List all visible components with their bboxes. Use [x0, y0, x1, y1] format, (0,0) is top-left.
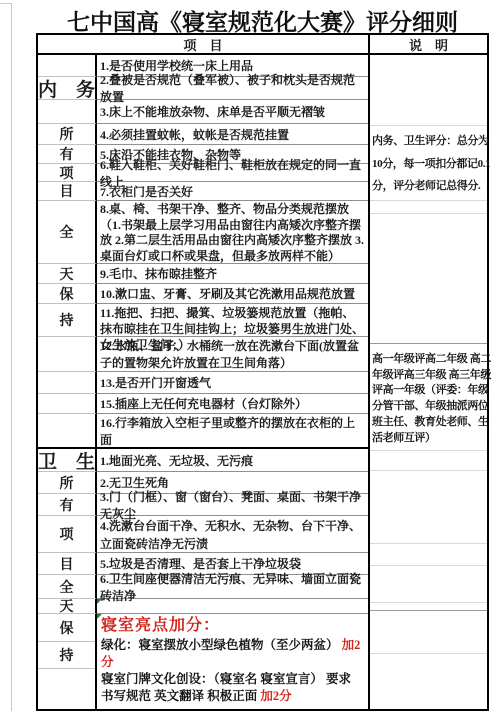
- bonus-item-score: 加2分: [260, 689, 291, 703]
- table-row: 持 11.拖把、扫把、撮箕、垃圾篓规范放置（拖帕、抹布晾挂在卫生间挂钩上；垃圾篓…: [38, 304, 368, 337]
- side-label: 天: [38, 599, 97, 614]
- rule-text: 3.门（门框）、窗（窗台）、凳面、桌面、书架干净无灰尘: [97, 494, 368, 516]
- note-line: 10分，每一项扣分都记0.1: [372, 153, 487, 176]
- side-label-weisheng: 卫 生: [38, 449, 97, 472]
- rule-text: 4.必须挂置蚊帐，蚊帐是否规范挂置: [97, 124, 368, 145]
- note-gridline: [370, 653, 487, 654]
- note-gridline: [370, 602, 487, 603]
- note-gridline: [370, 543, 487, 544]
- header-item-column: 项 目: [38, 35, 370, 53]
- section-neiwu: 1.是否使用学校统一床上用品 内 务 2.叠被是否规范（叠军被）、被子和枕头是否…: [38, 55, 368, 449]
- side-label-column: 保 持: [38, 614, 97, 709]
- note-gridline: [370, 610, 487, 611]
- rule-text: 13.是否开门开窗透气: [97, 372, 368, 394]
- side-label: 有: [38, 145, 97, 164]
- note-line: 年级评高三年级 高三年级: [372, 368, 487, 384]
- side-label: 天: [38, 264, 97, 284]
- note-gridline: [370, 343, 487, 344]
- side-label: 所: [38, 472, 97, 494]
- side-label: 持: [38, 304, 97, 337]
- table-row: 天: [38, 599, 368, 614]
- side-label: 有: [38, 494, 97, 516]
- rule-text: 1.地面光亮、无垃圾、无污痕: [97, 449, 368, 472]
- table-body: 1.是否使用学校统一床上用品 内 务 2.叠被是否规范（叠军被）、被子和枕头是否…: [38, 55, 487, 709]
- rule-text: 15.插座上无任何充电器材（台灯除外）: [97, 394, 368, 414]
- section-weisheng: 卫 生 1.地面光亮、无垃圾、无污痕 所 2.无卫生死角 有 3.门（门框）、窗…: [38, 449, 368, 709]
- side-label-neiwu: 内 务: [38, 77, 97, 100]
- side-label: 持: [38, 642, 95, 669]
- table-row: 天 9.毛巾、抹布晾挂整齐: [38, 264, 368, 284]
- note-line: 分，评分老师记总得分.: [372, 175, 487, 198]
- notes-column: 内务、卫生评分：总分为 10分，每一项扣分都记0.1 分，评分老师记总得分. 高…: [370, 55, 487, 709]
- gridline-vertical: [11, 3, 12, 711]
- table-row: 卫 生 1.地面光亮、无垃圾、无污痕: [38, 449, 368, 472]
- note-gridline: [370, 450, 487, 451]
- rule-text: 6.鞋入鞋柜、关好鞋柜门、鞋柜放在规定的同一直线上: [97, 164, 368, 182]
- table-row: 3.床上不能堆放杂物、床单是否平顺无褶皱: [38, 100, 368, 124]
- bonus-item-text: 绿化：寝室摆放小型绿色植物（至少两盆）: [101, 638, 339, 652]
- bonus-title: 寝室亮点加分：: [101, 615, 366, 636]
- table-row: 项 6.鞋入鞋柜、关好鞋柜门、鞋柜放在规定的同一直线上: [38, 164, 368, 182]
- table-row: 保 10.漱口盅、牙膏、牙刷及其它洗漱用品规范放置: [38, 284, 368, 304]
- rule-text: 3.床上不能堆放杂物、床单是否平顺无褶皱: [97, 100, 368, 124]
- side-label: [38, 394, 97, 414]
- rule-text: 4.洗漱台台面干净、无积水、无杂物、台下干净、立面瓷砖洁净无污渍: [97, 516, 368, 553]
- note-line: 高一年级评高二年级 高二: [372, 352, 487, 368]
- table-header-row: 项 目 说 明: [38, 35, 487, 55]
- rule-text: 10.漱口盅、牙膏、牙刷及其它洗漱用品规范放置: [97, 284, 368, 304]
- rubric-table: 项 目 说 明 1.是否使用学校统一床上用品 内 务 2.叠被是否规范（叠军被）…: [36, 33, 489, 711]
- bonus-row: 保 持 寝室亮点加分： 绿化：寝室摆放小型绿色植物（至少两盆） 加2分 寝室门牌…: [38, 614, 368, 709]
- table-row: 12.水瓶、盆子、水桶统一放在洗漱台下面(放置盆子的置物架允许放置在卫生间角落）: [38, 337, 368, 372]
- note-line: 评高一年级（评委：年级: [372, 383, 487, 399]
- table-row: 13.是否开门开窗透气: [38, 372, 368, 394]
- table-row: 全 6.卫生间座便器清洁无污痕、无异味、墙面立面瓷砖洁净: [38, 575, 368, 599]
- rule-text: 16.行李箱放入空柜子里或整齐的摆放在衣柜的上面: [97, 414, 368, 447]
- side-label: 全: [38, 201, 97, 264]
- rule-text: 11.拖把、扫把、撮箕、垃圾篓规范放置（拖帕、抹布晾挂在卫生间挂钩上；垃圾篓男生…: [97, 304, 368, 337]
- note-gridline: [370, 125, 487, 126]
- rule-text: 7.衣柜门是否关好: [97, 182, 368, 201]
- side-label: [38, 337, 97, 372]
- note-gridline: [370, 200, 487, 201]
- note-line: 活老师互评）: [372, 431, 487, 447]
- note-gridline: [370, 470, 487, 471]
- rule-text: 9.毛巾、抹布晾挂整齐: [97, 264, 368, 284]
- note-gridline: [370, 565, 487, 566]
- note-line: 内务、卫生评分：总分为: [372, 130, 487, 153]
- bonus-item-text: 寝室门牌文化创设：（寝室名 寝室宣言） 要求 书写规范 英文翻译 积极正面: [101, 672, 351, 703]
- table-row: 全 8.桌、椅、书架干净、整齐、物品分类规范摆放（1.书架最上层学习用品由窗往内…: [38, 201, 368, 264]
- table-row: 16.行李箱放入空柜子里或整齐的摆放在衣柜的上面: [38, 414, 368, 447]
- rule-text: 12.水瓶、盆子、水桶统一放在洗漱台下面(放置盆子的置物架允许放置在卫生间角落）: [97, 337, 368, 372]
- side-label: [38, 669, 95, 709]
- scoring-rubric-document: { "page_title": "七中国高《寝室规范化大赛》评分细则", "ta…: [0, 0, 500, 715]
- side-label: 目: [38, 553, 97, 575]
- table-row: 项 4.洗漱台台面干净、无积水、无杂物、台下干净、立面瓷砖洁净无污渍: [38, 516, 368, 553]
- table-row: 有 3.门（门框）、窗（窗台）、凳面、桌面、书架干净无灰尘: [38, 494, 368, 516]
- header-note-column: 说 明: [370, 35, 487, 53]
- empty-rule-cell: [97, 599, 368, 614]
- table-row: 15.插座上无任何充电器材（台灯除外）: [38, 394, 368, 414]
- rules-area: 1.是否使用学校统一床上用品 内 务 2.叠被是否规范（叠军被）、被子和枕头是否…: [38, 55, 370, 709]
- side-label: [38, 100, 97, 124]
- side-label: 项: [38, 164, 97, 182]
- note-line: 分管干部、年级抽派两位: [372, 399, 487, 415]
- bonus-item: 绿化：寝室摆放小型绿色植物（至少两盆） 加2分: [101, 637, 366, 670]
- page-title: 七中国高《寝室规范化大赛》评分细则: [36, 4, 489, 32]
- side-label: [38, 372, 97, 394]
- side-label: 保: [38, 614, 95, 642]
- bonus-item: 寝室门牌文化创设：（寝室名 寝室宣言） 要求 书写规范 英文翻译 积极正面 加2…: [101, 671, 366, 704]
- table-row: 内 务 2.叠被是否规范（叠军被）、被子和枕头是否规范放置: [38, 77, 368, 100]
- note-gridline: [370, 213, 487, 214]
- gridline-horizontal: [0, 3, 12, 4]
- table-row: 所 4.必须挂置蚊帐，蚊帐是否规范挂置: [38, 124, 368, 145]
- side-label: 项: [38, 516, 97, 553]
- rule-text: 8.桌、椅、书架干净、整齐、物品分类规范摆放（1.书架最上层学习用品由窗往内高矮…: [97, 201, 368, 264]
- rule-text: 2.叠被是否规范（叠军被）、被子和枕头是否规范放置: [97, 77, 368, 100]
- note-grading-assignment: 高一年级评高二年级 高二 年级评高三年级 高三年级 评高一年级（评委：年级 分管…: [372, 352, 487, 446]
- table-row: 目 7.衣柜门是否关好: [38, 182, 368, 201]
- side-label: 保: [38, 284, 97, 304]
- note-line: 班主任、教育处老师、生: [372, 415, 487, 431]
- bonus-section: 寝室亮点加分： 绿化：寝室摆放小型绿色植物（至少两盆） 加2分 寝室门牌文化创设…: [97, 614, 368, 709]
- side-label: 所: [38, 124, 97, 145]
- side-label: [38, 414, 97, 447]
- rule-text: 6.卫生间座便器清洁无污痕、无异味、墙面立面瓷砖洁净: [97, 575, 368, 599]
- note-scoring-rule: 内务、卫生评分：总分为 10分，每一项扣分都记0.1 分，评分老师记总得分.: [372, 130, 487, 198]
- side-label: 目: [38, 182, 97, 201]
